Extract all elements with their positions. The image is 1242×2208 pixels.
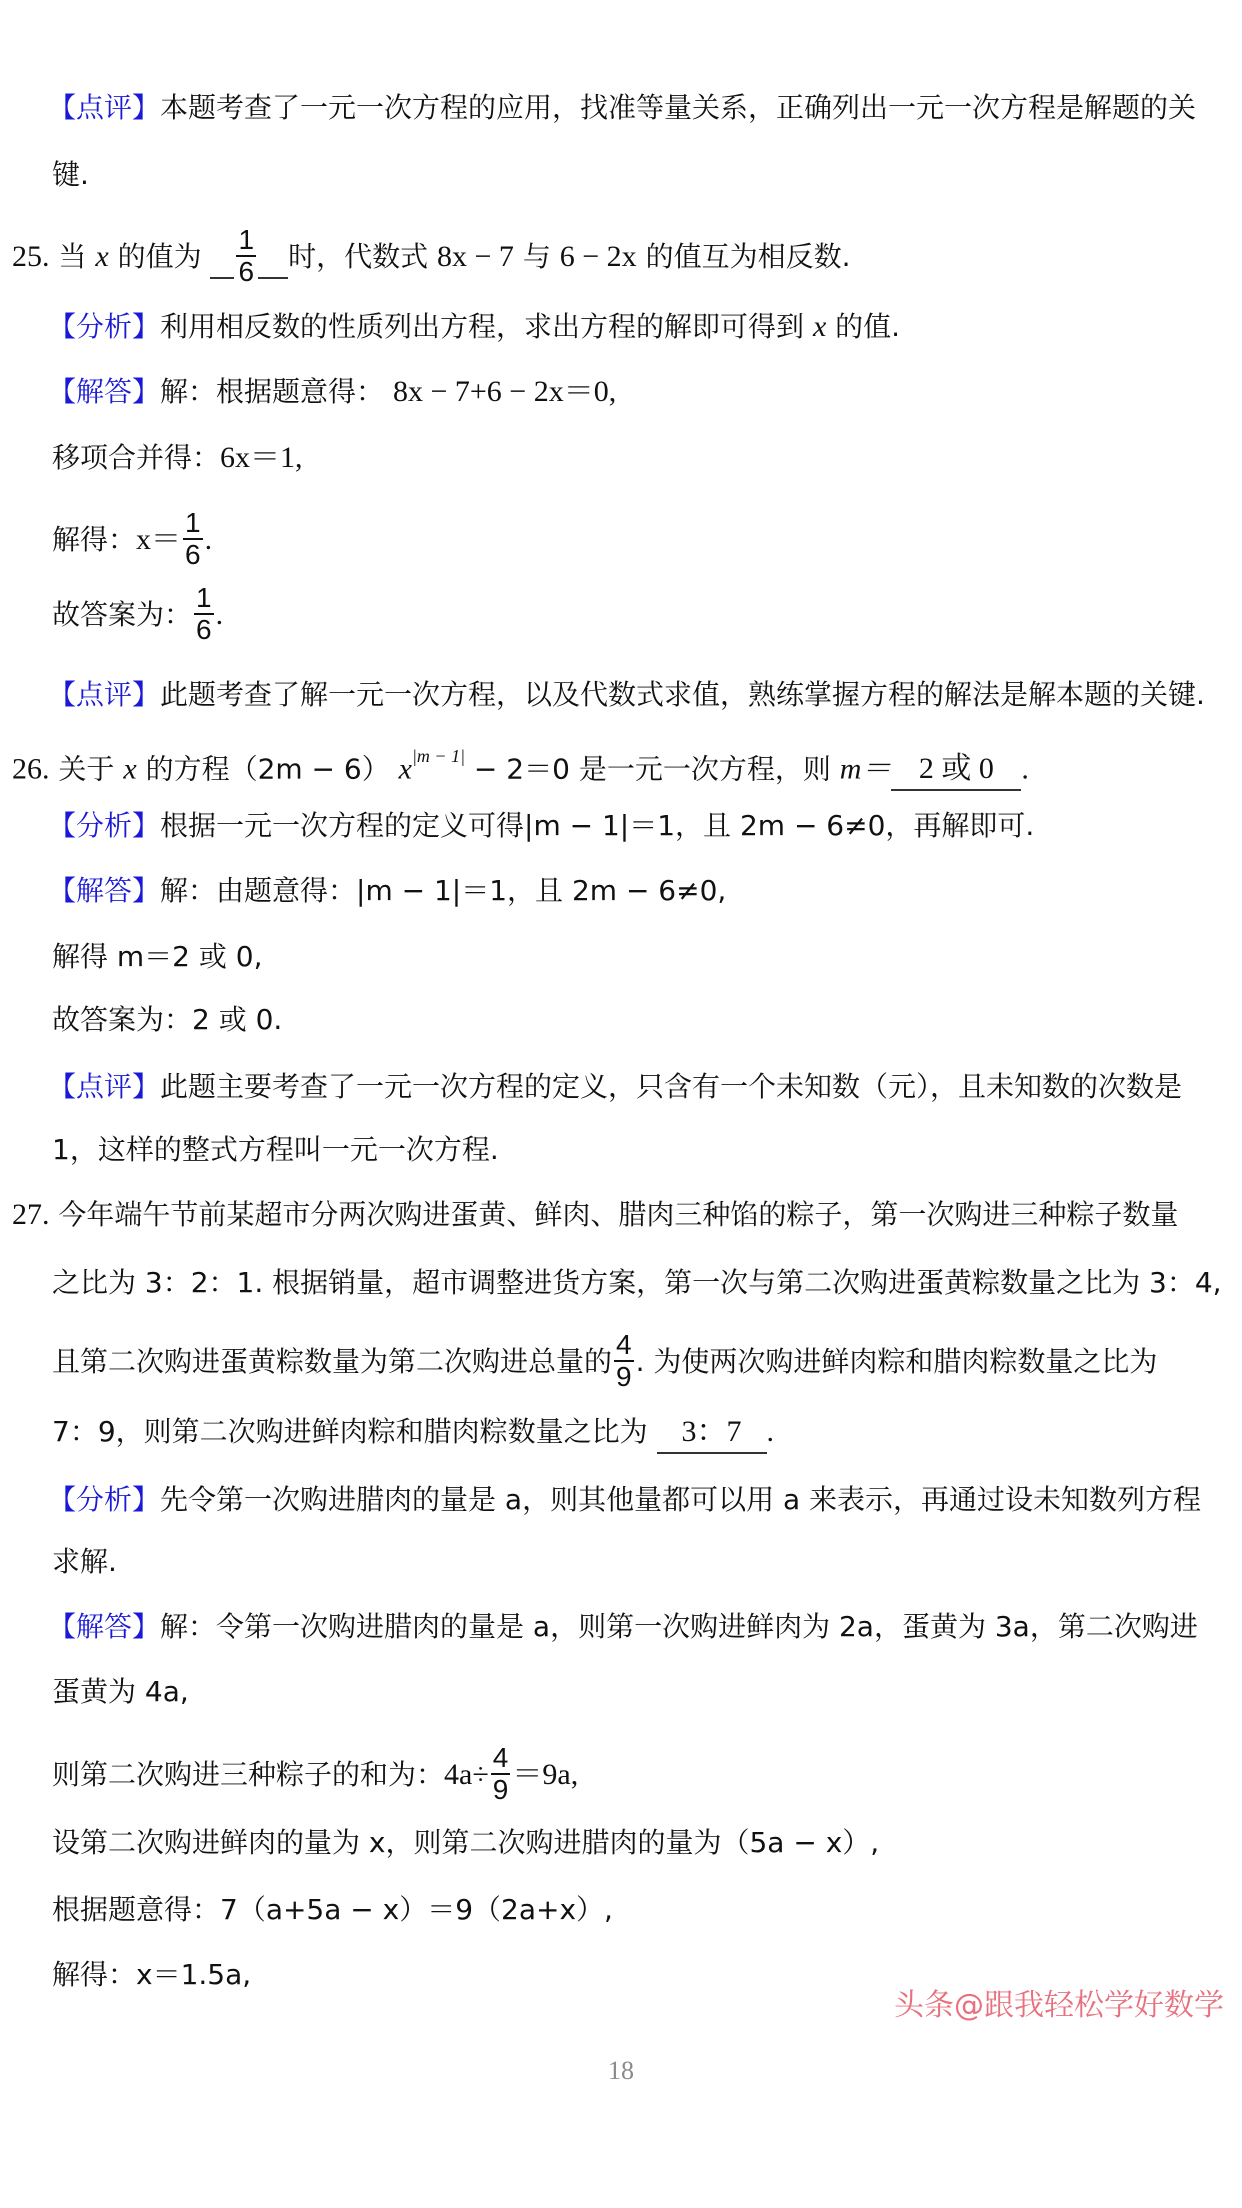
- question-27-stem-line3: 且第二次购进蛋黄粽数量为第二次购进总量的49. 为使两次购进鲜肉粽和腊肉粽数量之…: [52, 1332, 1157, 1394]
- answer-blank-left: [210, 237, 234, 279]
- question-27-stem-line1: 27. 今年端午节前某超市分两次购进蛋黄、鲜肉、腊肉三种馅的粽子，第一次购进三种…: [12, 1195, 1178, 1235]
- q26-solution: 【解答】解：由题意得：|m − 1|＝1，且 2m − 6≠0,: [48, 871, 726, 911]
- question-number: 26.: [12, 752, 50, 785]
- solution-label: 【解答】: [48, 874, 160, 907]
- watermark: 头条@跟我轻松学好数学: [894, 1980, 1224, 2024]
- solution-label: 【解答】: [48, 375, 160, 408]
- q25-step1: 移项合并得：6x＝1,: [52, 438, 303, 478]
- q27-solution-line1: 【解答】解：令第一次购进腊肉的量是 a，则第一次购进鲜肉为 2a，蛋黄为 3a，…: [48, 1607, 1198, 1647]
- question-27-stem-line4: 7：9，则第二次购进鲜肉粽和腊肉粽数量之比为 3：7.: [52, 1412, 774, 1454]
- exponent: |m − 1|: [412, 746, 465, 766]
- q27-step3: 根据题意得：7（a+5a − x）＝9（2a+x）,: [52, 1890, 613, 1930]
- analysis-label: 【分析】: [48, 310, 160, 343]
- question-number: 25.: [12, 240, 50, 273]
- q27-analysis-line1: 【分析】先令第一次购进腊肉的量是 a，则其他量都可以用 a 来表示，再通过设未知…: [48, 1480, 1201, 1520]
- q25-answer: 故答案为：16.: [52, 585, 223, 647]
- q25-solution: 【解答】解：根据题意得： 8x − 7+6 − 2x＝0,: [48, 372, 616, 412]
- page-number: 18: [0, 2056, 1242, 2086]
- question-25-stem: 25. 当 x 的值为 16 时，代数式 8x − 7 与 6 − 2x 的值互…: [12, 227, 850, 289]
- analysis-label: 【分析】: [48, 809, 160, 842]
- q26-comment-line2: 1，这样的整式方程叫一元一次方程.: [52, 1130, 499, 1170]
- q26-answer: 故答案为：2 或 0.: [52, 1000, 282, 1040]
- analysis-label: 【分析】: [48, 1483, 160, 1516]
- answer-fraction: 16: [236, 225, 256, 287]
- answer-blank: 3：7: [657, 1412, 767, 1454]
- q27-step4: 解得：x＝1.5a,: [52, 1955, 251, 1995]
- answer-blank: 2 或 0: [891, 749, 1021, 791]
- prev-comment-line2: 键.: [52, 155, 89, 195]
- q25-comment: 【点评】此题考查了解一元一次方程，以及代数式求值，熟练掌握方程的解法是解本题的关…: [48, 675, 1205, 715]
- solution-label: 【解答】: [48, 1610, 160, 1643]
- prev-comment-line1: 【点评】本题考查了一元一次方程的应用，找准等量关系，正确列出一元一次方程是解题的…: [48, 88, 1196, 128]
- question-number: 27.: [12, 1198, 50, 1231]
- comment-label: 【点评】: [48, 91, 160, 124]
- q26-analysis: 【分析】根据一元一次方程的定义可得|m − 1|＝1，且 2m − 6≠0，再解…: [48, 806, 1034, 846]
- answer-blank-right: [258, 237, 288, 279]
- question-27-stem-line2: 之比为 3：2：1. 根据销量，超市调整进货方案，第一次与第二次购进蛋黄粽数量之…: [52, 1263, 1222, 1303]
- comment-label: 【点评】: [48, 678, 160, 711]
- q27-analysis-line2: 求解.: [52, 1542, 117, 1582]
- q26-comment-line1: 【点评】此题主要考查了一元一次方程的定义，只含有一个未知数（元），且未知数的次数…: [48, 1067, 1182, 1107]
- q26-step1: 解得 m＝2 或 0,: [52, 937, 263, 977]
- q25-step2: 解得：x＝16.: [52, 510, 212, 572]
- comment-label: 【点评】: [48, 1070, 160, 1103]
- q27-step1: 则第二次购进三种粽子的和为：4a÷49＝9a,: [52, 1745, 578, 1807]
- q27-solution-line2: 蛋黄为 4a,: [52, 1672, 189, 1712]
- q27-step2: 设第二次购进鲜肉的量为 x，则第二次购进腊肉的量为（5a − x）,: [52, 1823, 879, 1863]
- question-26-stem: 26. 关于 x 的方程（2m − 6） x|m − 1| − 2＝0 是一元一…: [12, 742, 1029, 791]
- q25-analysis: 【分析】利用相反数的性质列出方程，求出方程的解即可得到 x 的值.: [48, 307, 900, 347]
